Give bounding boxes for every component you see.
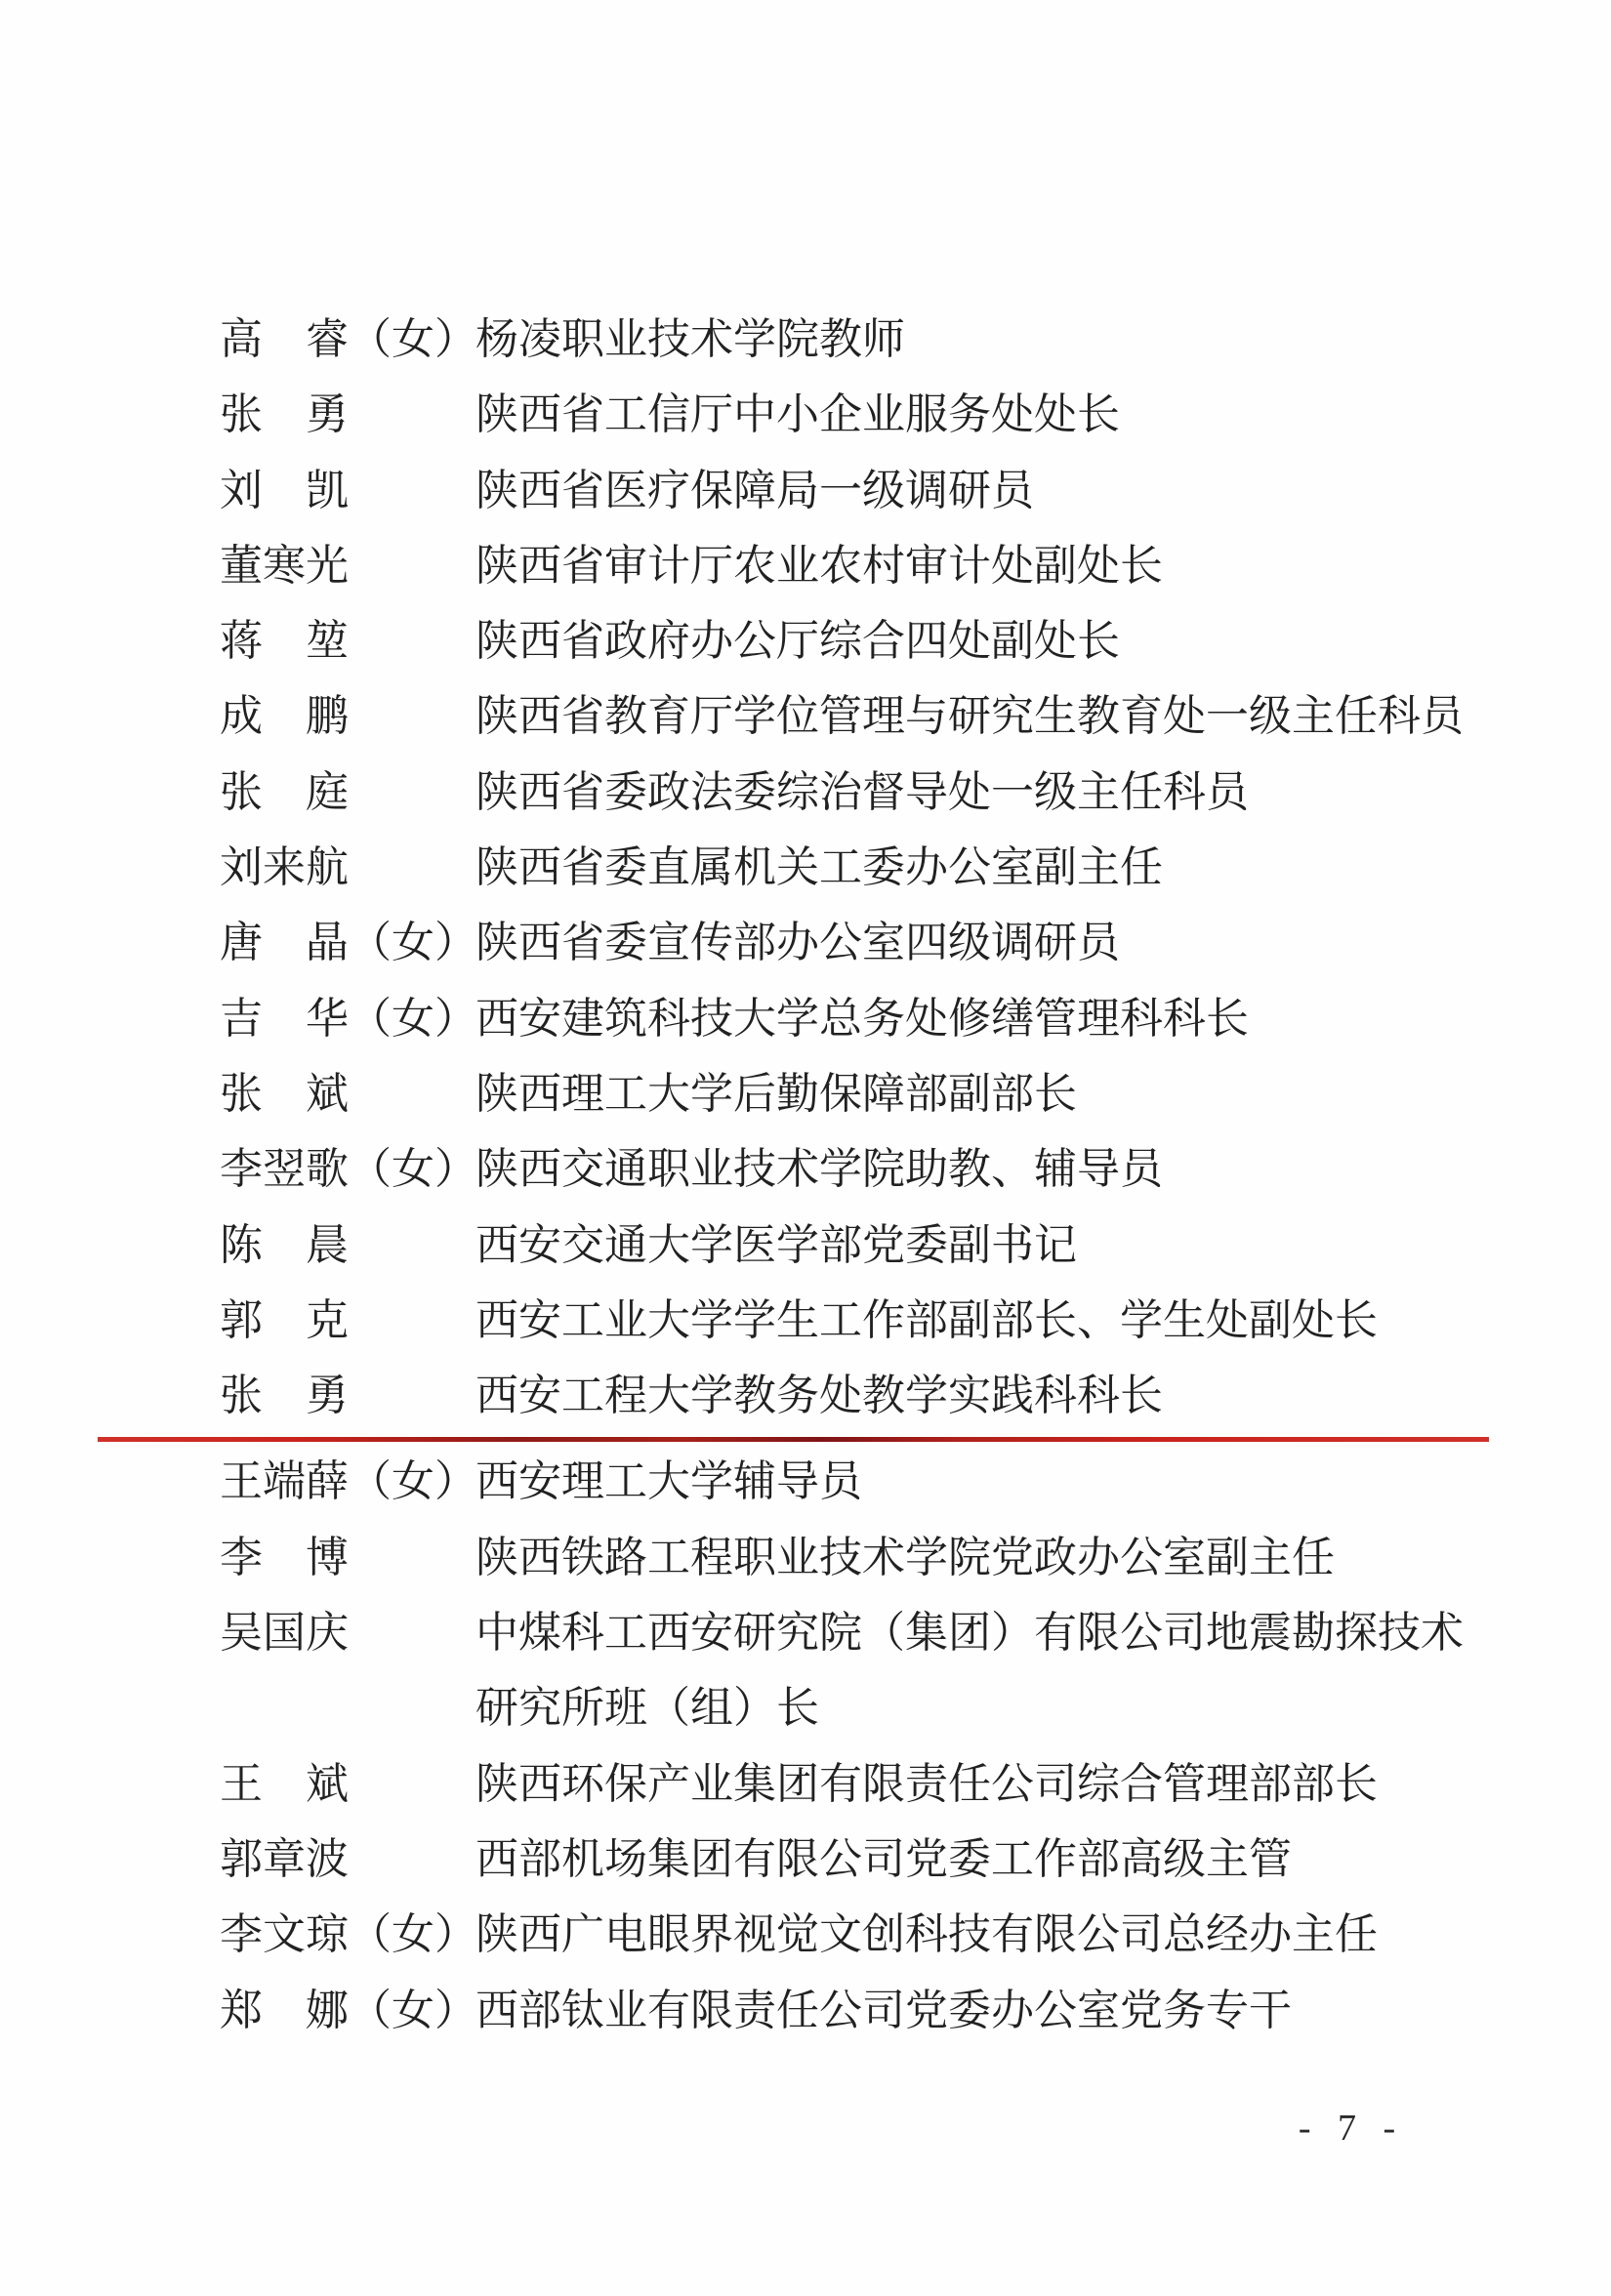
- person-name: 唐 晶: [220, 905, 349, 980]
- person-title-block: 陕西省工信厅中小企业服务处处长: [475, 377, 1611, 452]
- gender-marker: （女）: [349, 1444, 475, 1519]
- person-title: 陕西省审计厅农业农村审计处副处长: [475, 528, 1611, 603]
- list-item: 董寒光 陕西省审计厅农业农村审计处副处长: [0, 528, 1611, 603]
- person-title: 陕西省委政法委综治督导处一级主任科员: [475, 755, 1611, 830]
- person-name: 李 博: [220, 1520, 349, 1595]
- list-item: 成 鹏 陕西省教育厅学位管理与研究生教育处一级主任科员: [0, 678, 1611, 754]
- person-name: 刘 凯: [220, 453, 349, 528]
- list-item: 郭章波 西部机场集团有限公司党委工作部高级主管: [0, 1822, 1611, 1897]
- person-name: 吴国庆: [220, 1595, 349, 1670]
- person-title-block: 陕西省委直属机关工委办公室副主任: [475, 830, 1611, 905]
- person-name: 郭 克: [220, 1283, 349, 1358]
- person-title: 陕西交通职业技术学院助教、辅导员: [475, 1131, 1611, 1207]
- person-name: 吉 华: [220, 981, 349, 1056]
- person-name: 张 斌: [220, 1056, 349, 1131]
- person-title: 西安工业大学学生工作部副部长、学生处副处长: [475, 1283, 1611, 1358]
- list-item: 吉 华 （女） 西安建筑科技大学总务处修缮管理科科长: [0, 981, 1611, 1056]
- person-title-block: 陕西广电眼界视觉文创科技有限公司总经办主任: [475, 1897, 1611, 1972]
- person-name: 张 勇: [220, 377, 349, 452]
- person-title-block: 陕西铁路工程职业技术学院党政办公室副主任: [475, 1520, 1611, 1595]
- list-item: 蒋 堃 陕西省政府办公厅综合四处副处长: [0, 603, 1611, 678]
- gender-marker: （女）: [349, 302, 475, 377]
- person-title: 陕西环保产业集团有限责任公司综合管理部部长: [475, 1746, 1611, 1822]
- list-item: 张 斌 陕西理工大学后勤保障部副部长: [0, 1056, 1611, 1131]
- page-number: - 7 -: [1284, 2107, 1411, 2150]
- list-item: 高 睿 （女） 杨凌职业技术学院教师: [0, 302, 1611, 377]
- person-title-block: 陕西省教育厅学位管理与研究生教育处一级主任科员: [475, 678, 1611, 754]
- person-name: 高 睿: [220, 302, 349, 377]
- person-title-block: 杨凌职业技术学院教师: [475, 302, 1611, 377]
- person-name: 郭章波: [220, 1822, 349, 1897]
- person-title-block: 陕西省政府办公厅综合四处副处长: [475, 603, 1611, 678]
- gender-marker: （女）: [349, 1131, 475, 1207]
- person-name: 张 庭: [220, 755, 349, 830]
- list-item: 张 勇 陕西省工信厅中小企业服务处处长: [0, 377, 1611, 452]
- person-name: 王 斌: [220, 1746, 349, 1822]
- person-title-block: 西安建筑科技大学总务处修缮管理科科长: [475, 981, 1611, 1056]
- person-title: 杨凌职业技术学院教师: [475, 302, 1611, 377]
- person-title: 陕西铁路工程职业技术学院党政办公室副主任: [475, 1520, 1611, 1595]
- person-title: 西安建筑科技大学总务处修缮管理科科长: [475, 981, 1611, 1056]
- person-title: 陕西省委直属机关工委办公室副主任: [475, 830, 1611, 905]
- person-title: 陕西省政府办公厅综合四处副处长: [475, 603, 1611, 678]
- person-title-block: 西安工程大学教务处教学实践科科长: [475, 1358, 1611, 1433]
- person-title: 西安理工大学辅导员: [475, 1444, 1611, 1519]
- person-title: 陕西理工大学后勤保障部副部长: [475, 1056, 1611, 1131]
- person-name: 董寒光: [220, 528, 349, 603]
- list-item: 郑 娜 （女） 西部钛业有限责任公司党委办公室党务专干: [0, 1973, 1611, 2048]
- person-title: 西部机场集团有限公司党委工作部高级主管: [475, 1822, 1611, 1897]
- person-title-block: 陕西环保产业集团有限责任公司综合管理部部长: [475, 1746, 1611, 1822]
- list-item: 张 勇 西安工程大学教务处教学实践科科长: [0, 1358, 1611, 1433]
- red-divider-line: [98, 1437, 1489, 1442]
- gender-marker: （女）: [349, 1973, 475, 2048]
- person-title-block: 陕西省委政法委综治督导处一级主任科员: [475, 755, 1611, 830]
- person-title-block: 西安交通大学医学部党委副书记: [475, 1208, 1611, 1283]
- list-item: 李翌歌 （女） 陕西交通职业技术学院助教、辅导员: [0, 1131, 1611, 1207]
- list-item: 王端薛 （女） 西安理工大学辅导员: [0, 1444, 1611, 1519]
- list-item: 刘 凯 陕西省医疗保障局一级调研员: [0, 453, 1611, 528]
- person-name: 王端薛: [220, 1444, 349, 1519]
- person-title-block: 西安工业大学学生工作部副部长、学生处副处长: [475, 1283, 1611, 1358]
- person-title: 陕西省教育厅学位管理与研究生教育处一级主任科员: [475, 678, 1611, 754]
- person-name: 蒋 堃: [220, 603, 349, 678]
- person-title-block: 陕西省委宣传部办公室四级调研员: [475, 905, 1611, 980]
- person-title-continuation: 研究所班（组）长: [475, 1670, 1611, 1745]
- person-title-block: 陕西省医疗保障局一级调研员: [475, 453, 1611, 528]
- person-title-block: 西安理工大学辅导员: [475, 1444, 1611, 1519]
- person-name: 郑 娜: [220, 1973, 349, 2048]
- person-name: 李翌歌: [220, 1131, 349, 1207]
- list-item: 郭 克 西安工业大学学生工作部副部长、学生处副处长: [0, 1283, 1611, 1358]
- list-item: 王 斌 陕西环保产业集团有限责任公司综合管理部部长: [0, 1746, 1611, 1822]
- gender-marker: （女）: [349, 1897, 475, 1972]
- person-name: 刘来航: [220, 830, 349, 905]
- person-title: 陕西省工信厅中小企业服务处处长: [475, 377, 1611, 452]
- gender-marker: （女）: [349, 981, 475, 1056]
- list-item: 张 庭 陕西省委政法委综治督导处一级主任科员: [0, 755, 1611, 830]
- person-title: 中煤科工西安研究院（集团）有限公司地震勘探技术: [475, 1595, 1611, 1670]
- list-item: 李文琼 （女） 陕西广电眼界视觉文创科技有限公司总经办主任: [0, 1897, 1611, 1972]
- person-title-block: 陕西交通职业技术学院助教、辅导员: [475, 1131, 1611, 1207]
- person-name: 张 勇: [220, 1358, 349, 1433]
- person-title-block: 西部机场集团有限公司党委工作部高级主管: [475, 1822, 1611, 1897]
- person-title: 陕西省医疗保障局一级调研员: [475, 453, 1611, 528]
- list-item: 李 博 陕西铁路工程职业技术学院党政办公室副主任: [0, 1520, 1611, 1595]
- recognition-name-list: 高 睿 （女） 杨凌职业技术学院教师 张 勇 陕西省工信厅中小企业服务处处长 刘…: [0, 302, 1611, 2048]
- person-title: 西安交通大学医学部党委副书记: [475, 1208, 1611, 1283]
- list-item: 吴国庆 中煤科工西安研究院（集团）有限公司地震勘探技术 研究所班（组）长: [0, 1595, 1611, 1746]
- list-item: 唐 晶 （女） 陕西省委宣传部办公室四级调研员: [0, 905, 1611, 980]
- person-name: 陈 晨: [220, 1208, 349, 1283]
- person-name: 成 鹏: [220, 678, 349, 754]
- list-item: 刘来航 陕西省委直属机关工委办公室副主任: [0, 830, 1611, 905]
- person-title: 陕西广电眼界视觉文创科技有限公司总经办主任: [475, 1897, 1611, 1972]
- gender-marker: （女）: [349, 905, 475, 980]
- person-name: 李文琼: [220, 1897, 349, 1972]
- document-page: 高 睿 （女） 杨凌职业技术学院教师 张 勇 陕西省工信厅中小企业服务处处长 刘…: [0, 0, 1611, 2296]
- person-title: 西部钛业有限责任公司党委办公室党务专干: [475, 1973, 1611, 2048]
- list-item: 陈 晨 西安交通大学医学部党委副书记: [0, 1208, 1611, 1283]
- person-title-block: 陕西理工大学后勤保障部副部长: [475, 1056, 1611, 1131]
- person-title-block: 西部钛业有限责任公司党委办公室党务专干: [475, 1973, 1611, 2048]
- person-title: 西安工程大学教务处教学实践科科长: [475, 1358, 1611, 1433]
- person-title: 陕西省委宣传部办公室四级调研员: [475, 905, 1611, 980]
- person-title-block: 中煤科工西安研究院（集团）有限公司地震勘探技术 研究所班（组）长: [475, 1595, 1611, 1746]
- person-title-block: 陕西省审计厅农业农村审计处副处长: [475, 528, 1611, 603]
